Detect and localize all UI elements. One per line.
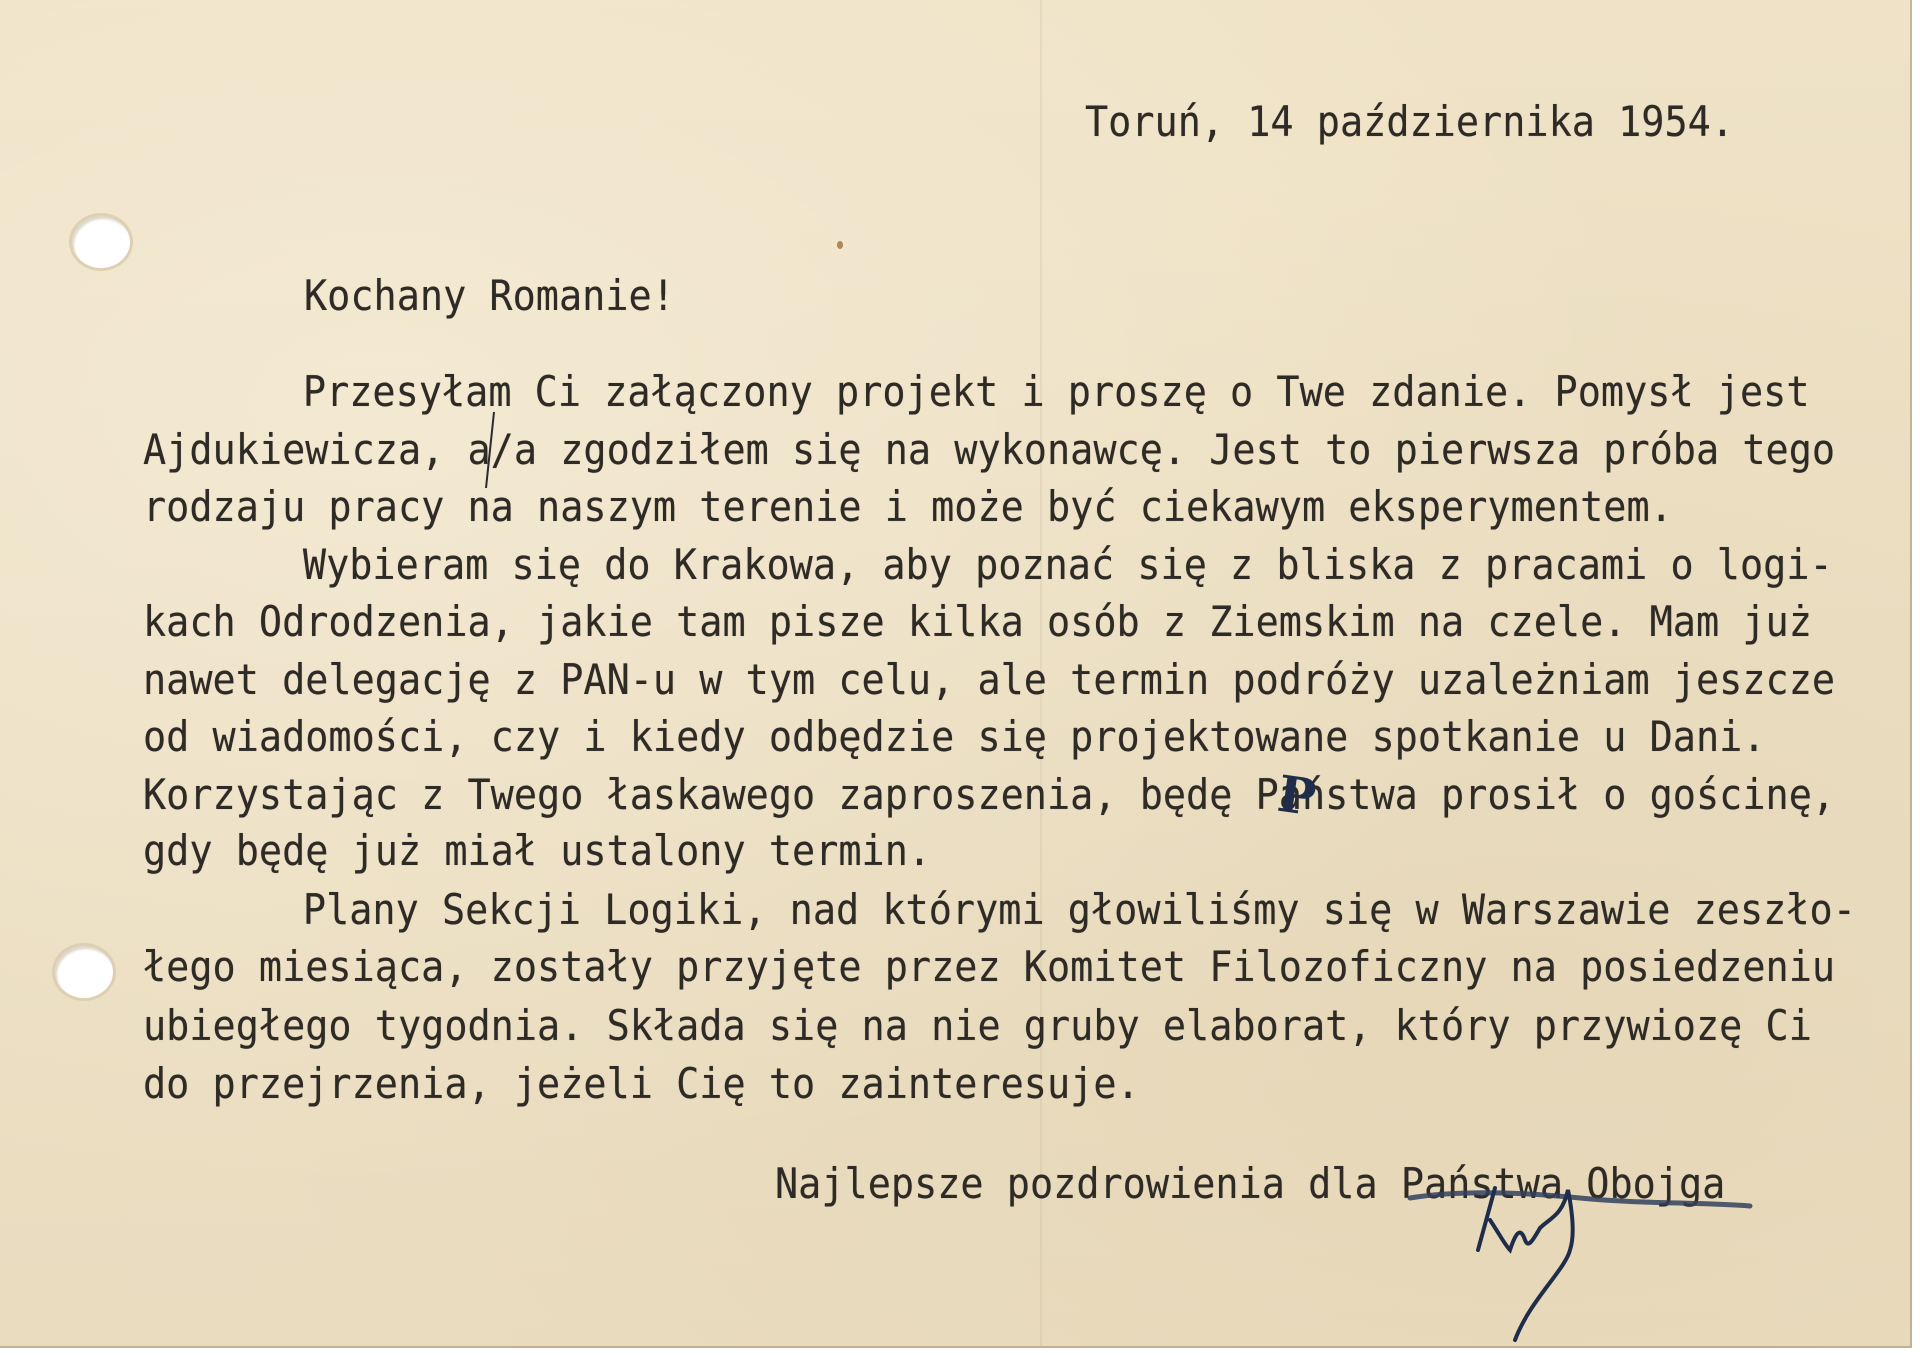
text-line: kach Odrodzenia, jakie tam pisze kilka o… [143, 598, 1812, 648]
text-line: Plany Sekcji Logiki, nad którymi głowili… [187, 886, 1856, 936]
text-line: Przesyłam Ci załączony projekt i proszę … [187, 368, 1810, 418]
text-line: Korzystając z Twego łaskawego zaproszeni… [143, 771, 1835, 821]
text-line: Ajdukiewicza, a/a zgodziłem się na wykon… [143, 426, 1835, 476]
text-line: nawet delegację z PAN-u w tym celu, ale … [143, 656, 1835, 706]
text-line: łego miesiąca, zostały przyjęte przez Ko… [143, 943, 1835, 993]
punch-hole-bottom [55, 946, 113, 998]
text-line: od wiadomości, czy i kiedy odbędzie się … [143, 713, 1766, 763]
punch-hole-top [72, 216, 130, 268]
text-line: ubiegłego tygodnia. Składa się na nie gr… [143, 1002, 1812, 1052]
paper-speck [837, 241, 843, 249]
signature-icon [1400, 1180, 1780, 1350]
handwritten-slash-mark [480, 410, 500, 490]
salutation: Kochany Romanie! [304, 272, 675, 322]
place-date: Toruń, 14 października 1954. [1085, 98, 1734, 148]
text-line: gdy będę już miał ustalony termin. [143, 827, 931, 877]
text-line: do przejrzenia, jeżeli Cię to zainteresu… [143, 1060, 1140, 1110]
text-line: Wybieram się do Krakowa, aby poznać się … [187, 541, 1833, 591]
text-line: rodzaju pracy na naszym terenie i może b… [143, 483, 1673, 533]
letter-paper: Toruń, 14 października 1954. Kochany Rom… [0, 0, 1912, 1348]
